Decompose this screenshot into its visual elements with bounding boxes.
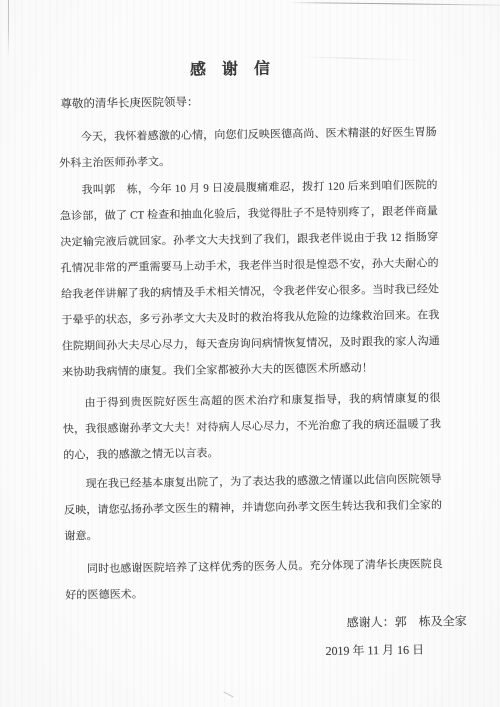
letter-text-line: 反映，请您弘扬孙孝文医生的精神，并请您向孙孝文医生转达我和我们全家的 [64, 492, 442, 523]
letter-text-line: 外科主治医师孙孝文。 [59, 145, 437, 176]
letter-text-line: 同时也感谢医院培养了这样优秀的医务人员。充分体现了清华长庚医院良 [65, 551, 443, 582]
letter-text-line: 好的医德医术。 [65, 577, 443, 608]
letter-signature: 感谢人：郭 栋及全家 [4, 612, 500, 635]
scan-artifact-bottom-mark [223, 691, 233, 697]
letter-text-line: 的心，我的感激之情无以言表。 [63, 437, 441, 468]
letter-text-line: 住院期间孙大夫尽心尽力，每天查房询问病情恢复情况，及时跟我的家人沟通 [62, 328, 440, 359]
letter-body: 今天，我怀着感激的心情，向您们反映医德高尚、医术精湛的好医生胃肠外科主治医师孙孝… [59, 119, 444, 608]
letter-title: 感 谢 信 [0, 53, 496, 83]
letter-text-line: 快，我很感谢孙孝文大夫！对待病人尽心尽力，不光治愈了我的病还温暖了我 [63, 411, 441, 442]
letter-text-line: 今天，我怀着感激的心情，向您们反映医德高尚、医术精湛的好医生胃肠 [59, 119, 437, 150]
scanned-letter: 感 谢 信 尊敬的清华长庚医院领导： 今天，我怀着感激的心情，向您们反映医德高尚… [0, 0, 500, 663]
letter-text-line: 来协助我病情的康复。我们全家都被孙大夫的医德医术所感动！ [62, 354, 440, 385]
letter-date: 2019 年 11 月 16 日 [4, 640, 500, 663]
letter-salutation: 尊敬的清华长庚医院领导： [60, 92, 436, 112]
letter-text-line: 谢意。 [64, 518, 442, 549]
